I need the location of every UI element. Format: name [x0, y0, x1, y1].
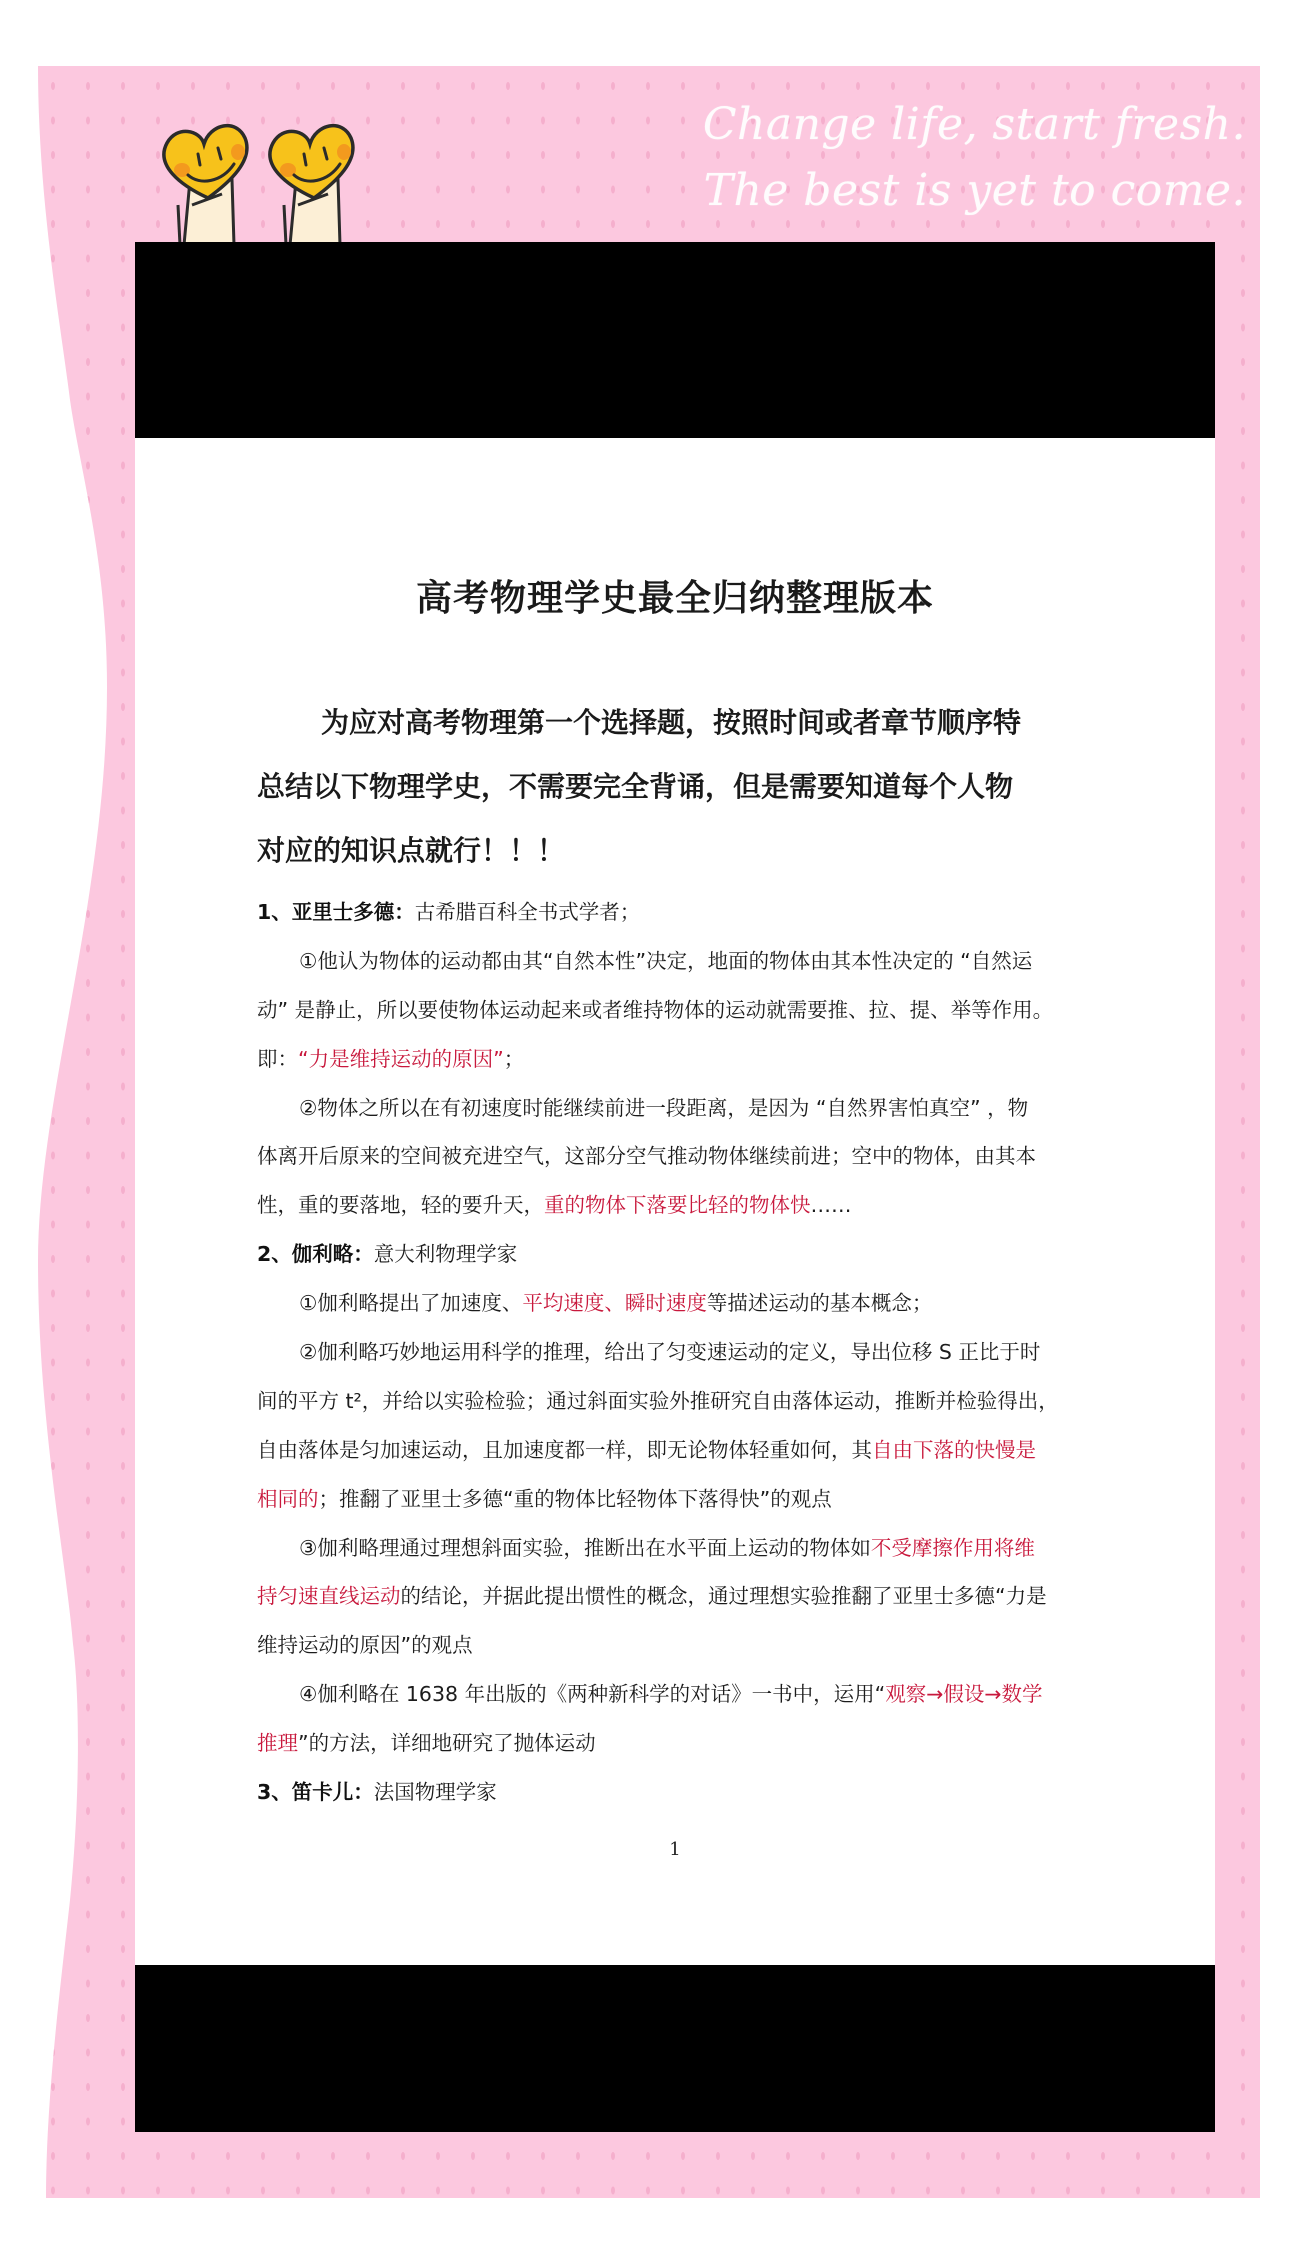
body-text: 体离开后原来的空间被充进空气，这部分空气推动物体继续前进；空中的物体，由其本 [257, 1144, 1036, 1168]
body-line: 体离开后原来的空间被充进空气，这部分空气推动物体继续前进；空中的物体，由其本 [257, 1132, 1102, 1181]
body-text: 的结论，并据此提出惯性的概念，通过理想实验推翻了亚里士多德“力是 [401, 1584, 1047, 1608]
body-line: 性，重的要落地，轻的要升天，重的物体下落要比轻的物体快…… [257, 1181, 1102, 1230]
highlighted-text: 推理 [257, 1731, 298, 1755]
highlighted-text: 相同的 [257, 1487, 319, 1511]
body-text: 动” 是静止，所以要使物体运动起来或者维持物体的运动就需要推、拉、提、举等作用。 [257, 998, 1053, 1022]
body-text: 维持运动的原因”的观点 [257, 1633, 473, 1657]
body-line: ②伽利略巧妙地运用科学的推理，给出了匀变速运动的定义，导出位移 S 正比于时 [257, 1328, 1102, 1377]
section-description: 古希腊百科全书式学者； [415, 900, 641, 924]
section-person-name: 3、笛卡儿： [257, 1780, 374, 1804]
body-text: ②物体之所以在有初速度时能继续前进一段距离，是因为 “自然界害怕真空” ，物 [299, 1096, 1028, 1120]
highlighted-text: 持匀速直线运动 [257, 1584, 401, 1608]
body-text: ； [504, 1047, 525, 1071]
body-line: ①他认为物体的运动都由其“自然本性”决定，地面的物体由其本性决定的 “自然运 [257, 937, 1102, 986]
section-person-name: 2、伽利略： [257, 1242, 374, 1266]
body-text: 间的平方 t²，并给以实验检验；通过斜面实验外推研究自由落体运动，推断并检验得出… [257, 1389, 1059, 1413]
redacted-footer-block [135, 1965, 1215, 2132]
body-line: ②物体之所以在有初速度时能继续前进一段距离，是因为 “自然界害怕真空” ，物 [257, 1084, 1102, 1133]
body-text: ①伽利略提出了加速度、 [299, 1291, 522, 1315]
highlighted-text: 平均速度、瞬时速度 [522, 1291, 707, 1315]
slogan-line-1: Change life, start fresh. [703, 92, 1246, 158]
body-text: ；推翻了亚里士多德“重的物体比轻物体下落得快”的观点 [319, 1487, 832, 1511]
body-text: 等描述运动的基本概念； [707, 1291, 933, 1315]
body-text: ①他认为物体的运动都由其“自然本性”决定，地面的物体由其本性决定的 “自然运 [299, 949, 1032, 973]
intro-line: 总结以下物理学史，不需要完全背诵，但是需要知道每个人物 [257, 755, 1097, 819]
body-line: 持匀速直线运动的结论，并据此提出惯性的概念，通过理想实验推翻了亚里士多德“力是 [257, 1572, 1102, 1621]
section-heading: 3、笛卡儿：法国物理学家 [257, 1768, 1102, 1817]
body-line: 动” 是静止，所以要使物体运动起来或者维持物体的运动就需要推、拉、提、举等作用。 [257, 986, 1102, 1035]
highlighted-text: 不受摩擦作用将维 [871, 1536, 1035, 1560]
highlighted-text: “力是维持运动的原因” [298, 1047, 504, 1071]
highlighted-text: 自由下落的快慢是 [872, 1438, 1036, 1462]
body-text: ④伽利略在 1638 年出版的《两种新科学的对话》一书中，运用“ [299, 1682, 885, 1706]
intro-line: 为应对高考物理第一个选择题，按照时间或者章节顺序特 [257, 691, 1097, 755]
highlighted-text: 观察→假设→数学 [885, 1682, 1042, 1706]
body-line: 间的平方 t²，并给以实验检验；通过斜面实验外推研究自由落体运动，推断并检验得出… [257, 1377, 1102, 1426]
highlighted-text: 重的物体下落要比轻的物体快 [544, 1193, 811, 1217]
intro-paragraph: 为应对高考物理第一个选择题，按照时间或者章节顺序特 总结以下物理学史，不需要完全… [257, 691, 1097, 883]
body-line: 相同的；推翻了亚里士多德“重的物体比轻物体下落得快”的观点 [257, 1475, 1102, 1524]
document-body: 1、亚里士多德：古希腊百科全书式学者；①他认为物体的运动都由其“自然本性”决定，… [257, 888, 1102, 1817]
body-line: 自由落体是匀加速运动，且加速度都一样，即无论物体轻重如何，其自由下落的快慢是 [257, 1426, 1102, 1475]
heart-smiley-icon [164, 126, 247, 245]
body-text: …… [811, 1193, 852, 1217]
document-page: 高考物理学史最全归纳整理版本 为应对高考物理第一个选择题，按照时间或者章节顺序特… [135, 242, 1215, 2132]
body-text: 自由落体是匀加速运动，且加速度都一样，即无论物体轻重如何，其 [257, 1438, 872, 1462]
body-line: ①伽利略提出了加速度、平均速度、瞬时速度等描述运动的基本概念； [257, 1279, 1102, 1328]
document-title: 高考物理学史最全归纳整理版本 [135, 570, 1215, 621]
slogan-text: Change life, start fresh. The best is ye… [703, 92, 1246, 224]
intro-line: 对应的知识点就行！！！ [257, 819, 1097, 883]
section-heading: 2、伽利略：意大利物理学家 [257, 1230, 1102, 1279]
redacted-header-block [135, 242, 1215, 438]
slogan-line-2: The best is yet to come. [703, 158, 1246, 224]
section-description: 法国物理学家 [374, 1780, 497, 1804]
heart-smiley-icon [270, 126, 353, 245]
body-line: ③伽利略理通过理想斜面实验，推断出在水平面上运动的物体如不受摩擦作用将维 [257, 1524, 1102, 1573]
body-line: 维持运动的原因”的观点 [257, 1621, 1102, 1670]
body-text: ②伽利略巧妙地运用科学的推理，给出了匀变速运动的定义，导出位移 S 正比于时 [299, 1340, 1040, 1364]
section-person-name: 1、亚里士多德： [257, 900, 415, 924]
body-line: ④伽利略在 1638 年出版的《两种新科学的对话》一书中，运用“观察→假设→数学 [257, 1670, 1102, 1719]
section-heading: 1、亚里士多德：古希腊百科全书式学者； [257, 888, 1102, 937]
body-text: ③伽利略理通过理想斜面实验，推断出在水平面上运动的物体如 [299, 1536, 871, 1560]
body-text: 即： [257, 1047, 298, 1071]
section-description: 意大利物理学家 [374, 1242, 518, 1266]
body-text: ”的方法，详细地研究了抛体运动 [298, 1731, 596, 1755]
body-text: 性，重的要落地，轻的要升天， [257, 1193, 544, 1217]
body-line: 推理”的方法，详细地研究了抛体运动 [257, 1719, 1102, 1768]
body-line: 即：“力是维持运动的原因”； [257, 1035, 1102, 1084]
page-number: 1 [135, 1839, 1215, 1860]
heart-smiley-mascots [150, 110, 380, 245]
